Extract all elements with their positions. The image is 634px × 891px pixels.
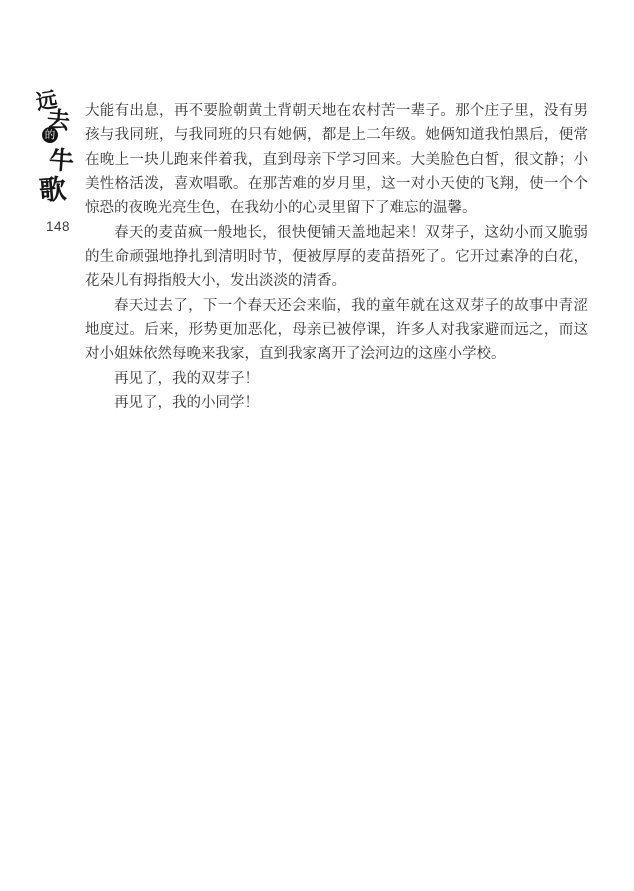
text-line: 对小姐妹依然每晚来我家，直到我家离开了浍河边的这座小学校。 [85, 342, 588, 366]
text-line: 惊恐的夜晚光亮生色，在我幼小的心灵里留下了难忘的温馨。 [85, 196, 588, 220]
text-line: 的生命顽强地挣扎到清明时节，便被厚厚的麦苗捂死了。它开过素净的白花， [85, 245, 588, 269]
text-line: 美性格活泼，喜欢唱歌。在那苦难的岁月里，这一对小天使的飞翔，使一个个 [85, 172, 588, 196]
text-line: 大能有出息，再不要脸朝黄土背朝天地在农村苦一辈子。那个庄子里，没有男 [85, 99, 588, 123]
text-line: 在晚上一块儿跑来伴着我，直到母亲下学习回来。大美脸色白皙，很文静；小 [85, 148, 588, 172]
text-line: 春天的麦苗疯一般地长，很快便铺天盖地起来！双芽子，这幼小而又脆弱 [85, 221, 588, 245]
text-line: 春天过去了，下一个春天还会来临，我的童年就在这双芽子的故事中青涩 [85, 294, 588, 318]
page-number: 148 [46, 219, 70, 234]
text-line: 再见了，我的小同学！ [85, 391, 588, 415]
text-line: 地度过。后来，形势更加恶化，母亲已被停课，许多人对我家避而远之，而这 [85, 318, 588, 342]
text-line: 花朵儿有拇指般大小，发出淡淡的清香。 [85, 269, 588, 293]
text-line: 再见了，我的双芽子！ [85, 367, 588, 391]
book-page: 远 去 的 牛 歌 148 大能有出息，再不要脸朝黄土背朝天地在农村苦一辈子。那… [0, 0, 634, 891]
calligraphy-char-ge: 歌 [37, 167, 67, 208]
book-title-calligraphy: 远 去 的 牛 歌 [0, 0, 84, 220]
text-line: 孩与我同班，与我同班的只有她俩，都是上二年级。她俩知道我怕黑后，便常 [85, 123, 588, 147]
body-text: 大能有出息，再不要脸朝黄土背朝天地在农村苦一辈子。那个庄子里，没有男 孩与我同班… [85, 99, 588, 415]
